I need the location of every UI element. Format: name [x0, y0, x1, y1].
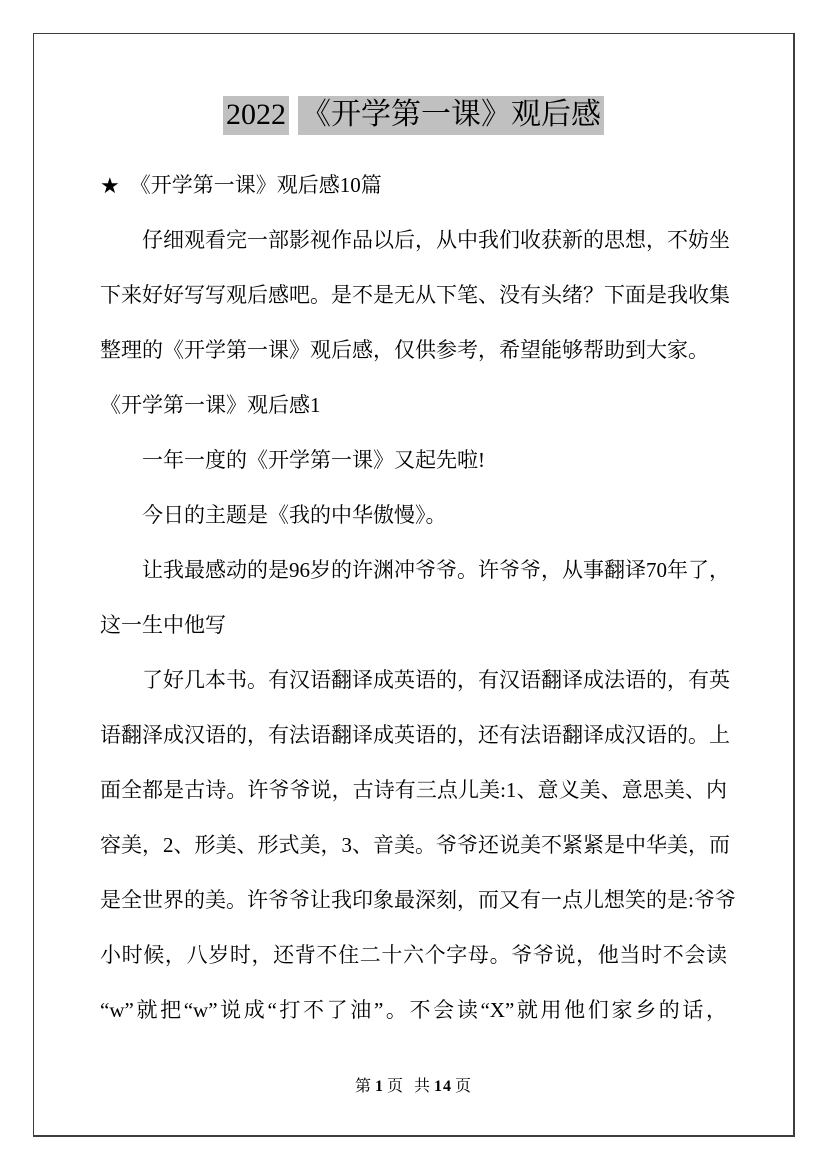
page-footer: 第1页共14页: [34, 1073, 793, 1096]
star-icon: ★: [100, 173, 120, 198]
footer-label-ye1: 页: [387, 1078, 404, 1095]
body-line: 容美，2、形美、形式美，3、音美。爷爷还说美不紧紧是中华美，而: [100, 831, 727, 886]
footer-label-ye2: 页: [455, 1078, 472, 1095]
body-line: 语翻泽成汉语的，有法语翻译成英语的，还有法语翻译成汉语的。上: [100, 721, 727, 776]
body-line: 面全都是古诗。许爷爷说，古诗有三点儿美:1、意义美、意思美、内: [100, 776, 727, 831]
body-line: 整理的《开学第一课》观后感，仅供参考，希望能够帮助到大家。: [100, 336, 727, 391]
page-number-total: 14: [431, 1078, 455, 1095]
body-line: 是全世界的美。许爷爷让我印象最深刻，而又有一点儿想笑的是:爷爷: [100, 886, 727, 941]
document-body: ★《开学第一课》观后感10篇 仔细观看完一部影视作品以后，从中我们收获新的思想，…: [34, 171, 793, 1051]
page-border-frame: 2022《开学第一课》观后感 ★《开学第一课》观后感10篇 仔细观看完一部影视作…: [33, 33, 795, 1137]
body-line: 下来好好写写观后感吧。是不是无从下笔、没有头绪？下面是我收集: [100, 281, 727, 336]
body-line: 了好几本书。有汉语翻译成英语的，有汉语翻译成法语的，有英: [100, 666, 727, 721]
body-line: “w”就把“w”说成“打不了油”。不会读“X”就用他们家乡的话，: [100, 996, 727, 1051]
body-line: 让我最感动的是96岁的许渊冲爷爷。许爷爷，从事翻译70年了，: [100, 556, 727, 611]
body-line: 仔细观看完一部影视作品以后，从中我们收获新的思想，不妨坐: [100, 226, 727, 281]
body-line: 这一生中他写: [100, 611, 727, 666]
subtitle-text: 《开学第一课》观后感10篇: [130, 173, 382, 197]
body-lines: 仔细观看完一部影视作品以后，从中我们收获新的思想，不妨坐下来好好写写观后感吧。是…: [100, 226, 727, 1051]
body-line: 今日的主题是《我的中华傲慢》。: [100, 501, 727, 556]
footer-label-di: 第: [355, 1078, 372, 1095]
body-line: 《开学第一课》观后感1: [100, 391, 727, 446]
page-number-current: 1: [372, 1078, 387, 1095]
page-title: 2022《开学第一课》观后感: [34, 34, 793, 141]
title-text-highlight: 《开学第一课》观后感: [298, 96, 604, 135]
title-year-highlight: 2022: [223, 96, 289, 135]
body-line: 一年一度的《开学第一课》又起先啦!: [100, 446, 727, 501]
body-line: 小时候，八岁时，还背不住二十六个字母。爷爷说，他当时不会读: [100, 941, 727, 996]
footer-label-gong: 共: [404, 1078, 431, 1095]
document-page: 2022《开学第一课》观后感 ★《开学第一课》观后感10篇 仔细观看完一部影视作…: [0, 0, 827, 1170]
subtitle-line: ★《开学第一课》观后感10篇: [100, 171, 727, 226]
